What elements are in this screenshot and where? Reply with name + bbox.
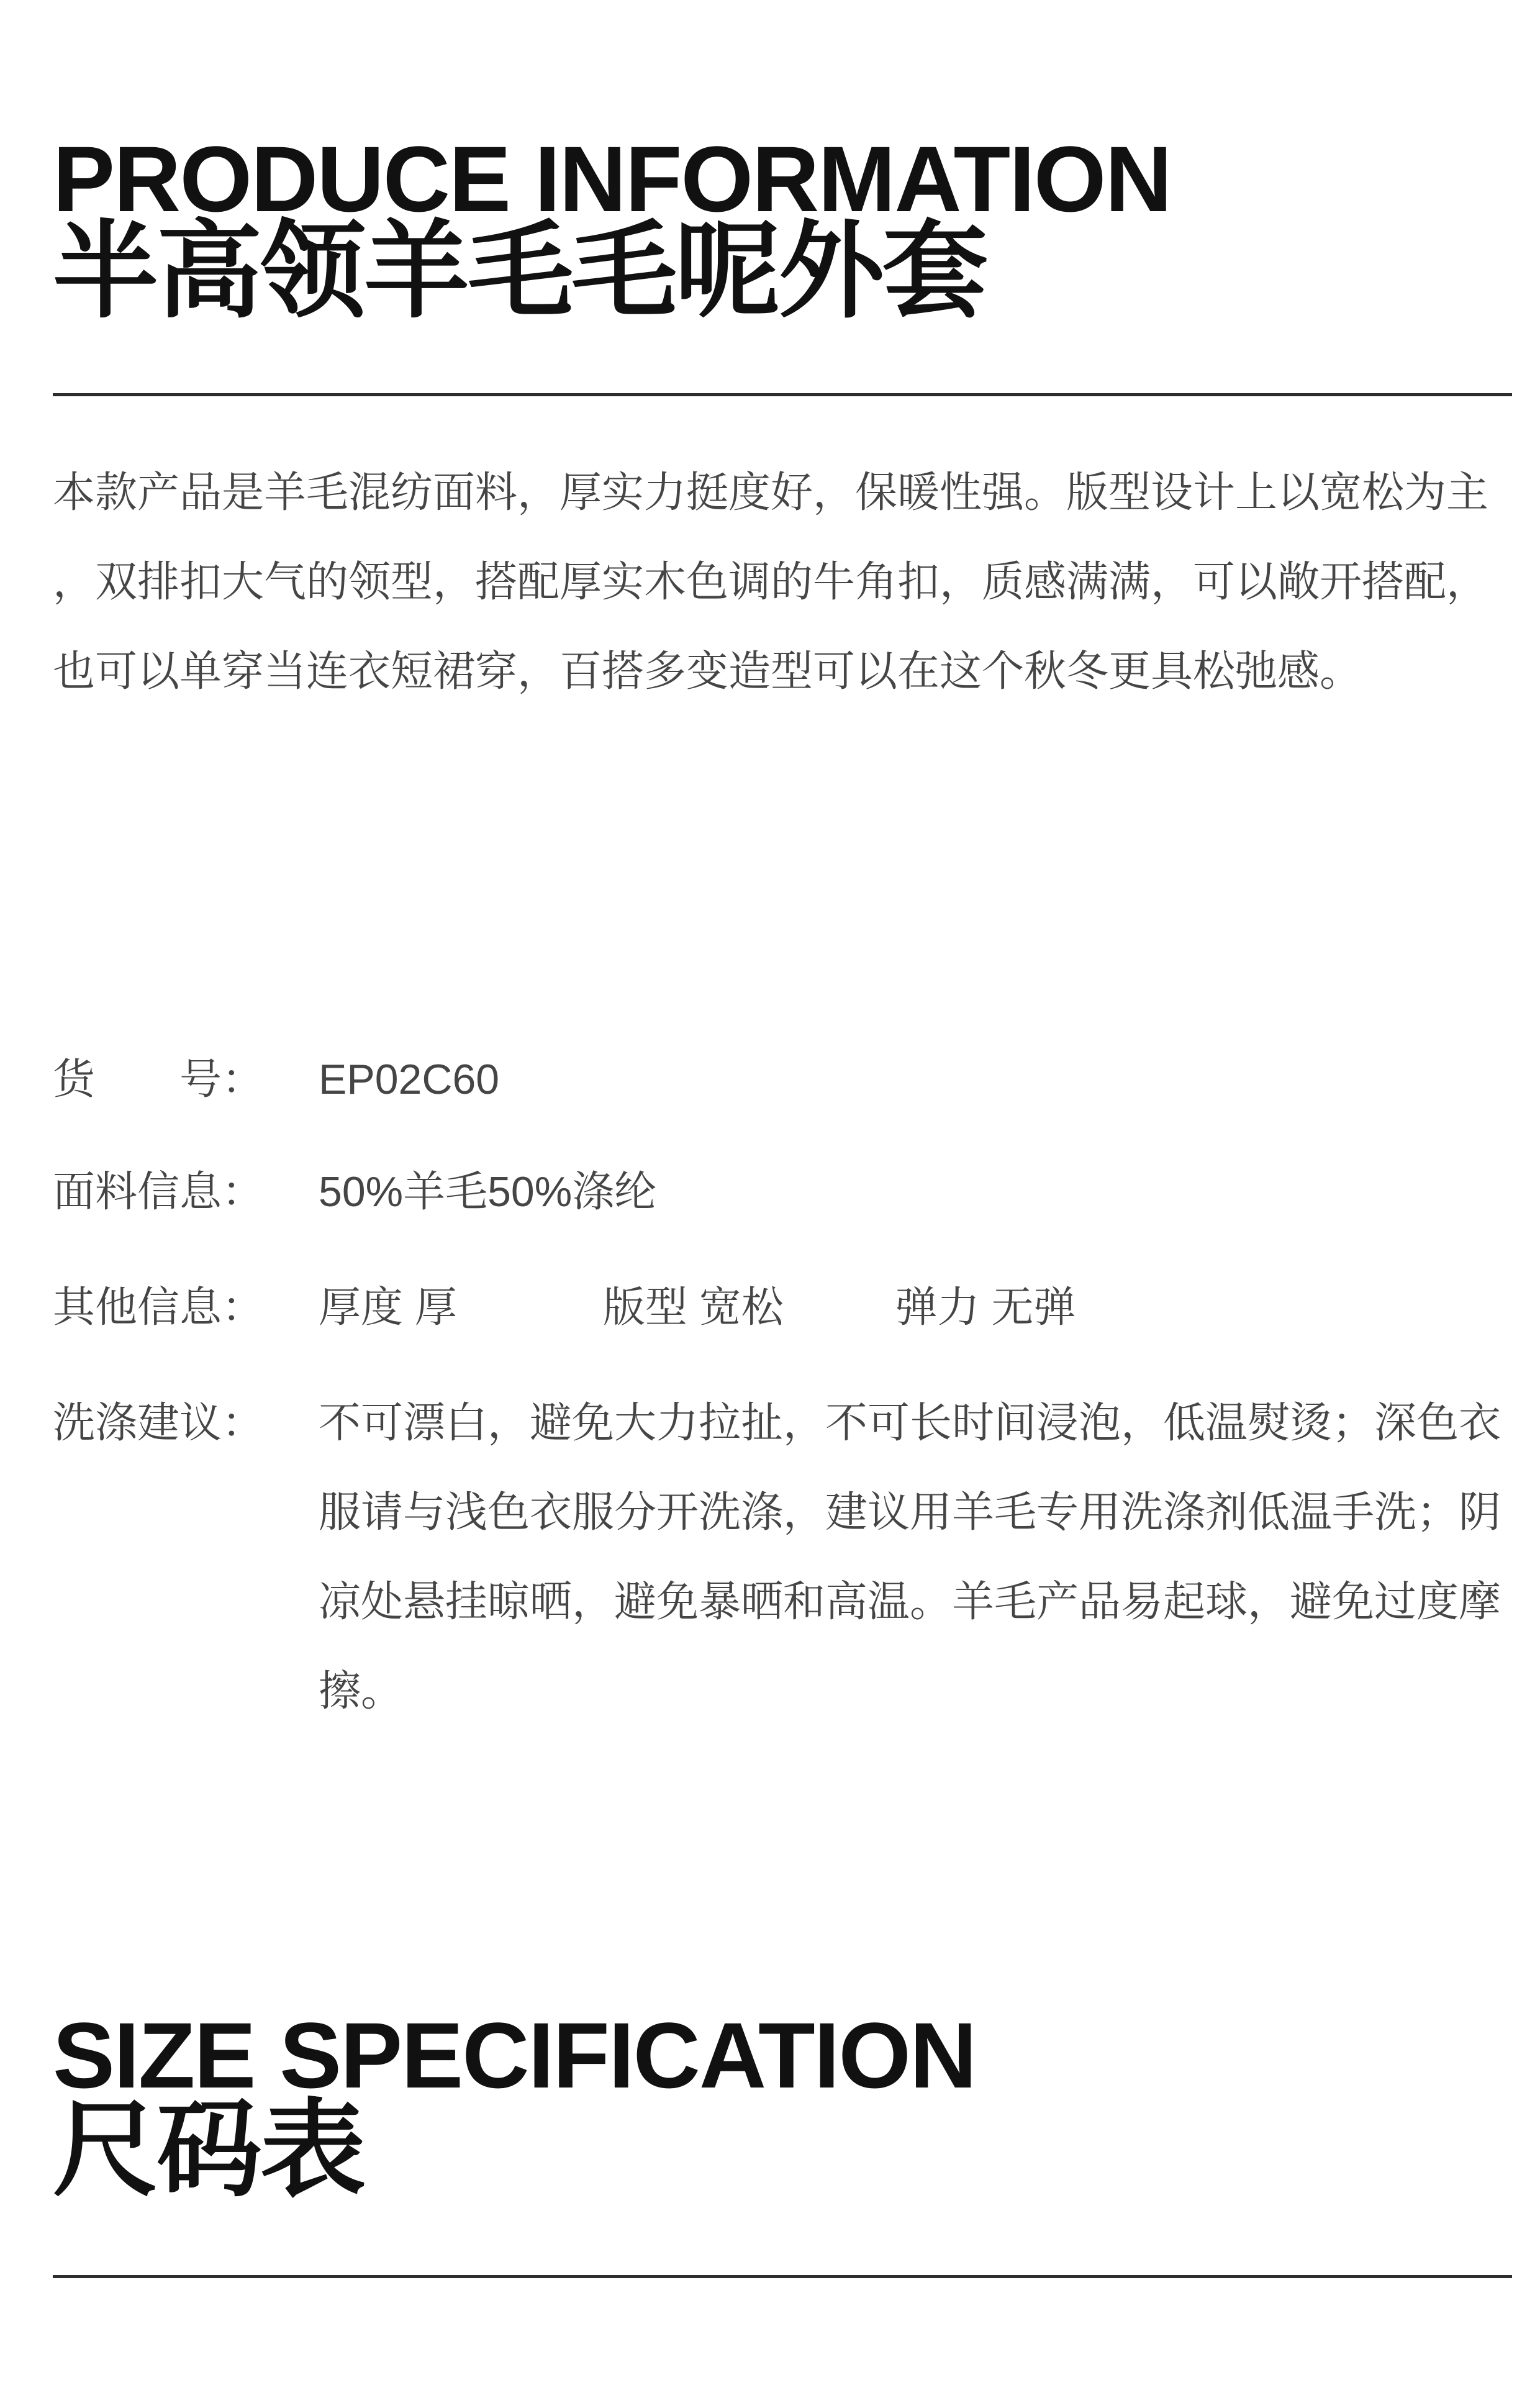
wash-advice-line: 凉处悬挂晾晒，避免暴晒和高温。羊毛产品易起球，避免过度摩 bbox=[319, 1557, 1501, 1647]
other-info-fit: 版型 宽松 bbox=[603, 1263, 784, 1352]
product-info-heading-cn: 半高领羊毛毛呢外套 bbox=[53, 219, 986, 324]
product-info-heading-en: PRODUCE INFORMATION bbox=[53, 132, 1171, 225]
other-info-value: 厚度 厚 版型 宽松 弹力 无弹 bbox=[319, 1263, 1076, 1352]
other-info-stretch: 弹力 无弹 bbox=[895, 1263, 1076, 1352]
other-info-thickness: 厚度 厚 bbox=[319, 1263, 457, 1352]
size-spec-heading-cn: 尺码表 bbox=[53, 2097, 364, 2203]
wash-advice-line: 不可漂白，避免大力拉扯，不可长时间浸泡，低温熨烫；深色衣 bbox=[319, 1378, 1501, 1468]
other-info-label: 其他信息： bbox=[53, 1263, 264, 1352]
wash-advice-label: 洗涤建议： bbox=[53, 1378, 264, 1468]
description-line: 也可以单穿当连衣短裙穿，百搭多变造型可以在这个秋冬更具松弛感。 bbox=[53, 627, 1488, 716]
fabric-info-label: 面料信息： bbox=[53, 1147, 264, 1237]
wash-advice-value: 不可漂白，避免大力拉扯，不可长时间浸泡，低温熨烫；深色衣 服请与浅色衣服分开洗涤… bbox=[319, 1378, 1501, 1736]
product-description: 本款产品是羊毛混纺面料，厚实力挺度好，保暖性强。版型设计上以宽松为主 ，双排扣大… bbox=[53, 448, 1488, 716]
item-number-label: 货 号： bbox=[53, 1035, 264, 1124]
fabric-info-value: 50%羊毛50%涤纶 bbox=[319, 1147, 656, 1237]
description-line: ，双排扣大气的领型，搭配厚实木色调的牛角扣，质感满满，可以敞开搭配， bbox=[53, 537, 1488, 627]
description-line: 本款产品是羊毛混纺面料，厚实力挺度好，保暖性强。版型设计上以宽松为主 bbox=[53, 448, 1488, 537]
top-divider bbox=[53, 393, 1512, 396]
item-number-value: EP02C60 bbox=[319, 1035, 499, 1124]
product-detail-page: { "colors": { "page_bg": "#ffffff", "hea… bbox=[0, 0, 1540, 2385]
wash-advice-line: 擦。 bbox=[319, 1647, 1501, 1736]
size-spec-heading-en: SIZE SPECIFICATION bbox=[53, 2009, 976, 2102]
wash-advice-line: 服请与浅色衣服分开洗涤，建议用羊毛专用洗涤剂低温手洗；阴 bbox=[319, 1468, 1501, 1557]
bottom-divider bbox=[53, 2275, 1512, 2278]
